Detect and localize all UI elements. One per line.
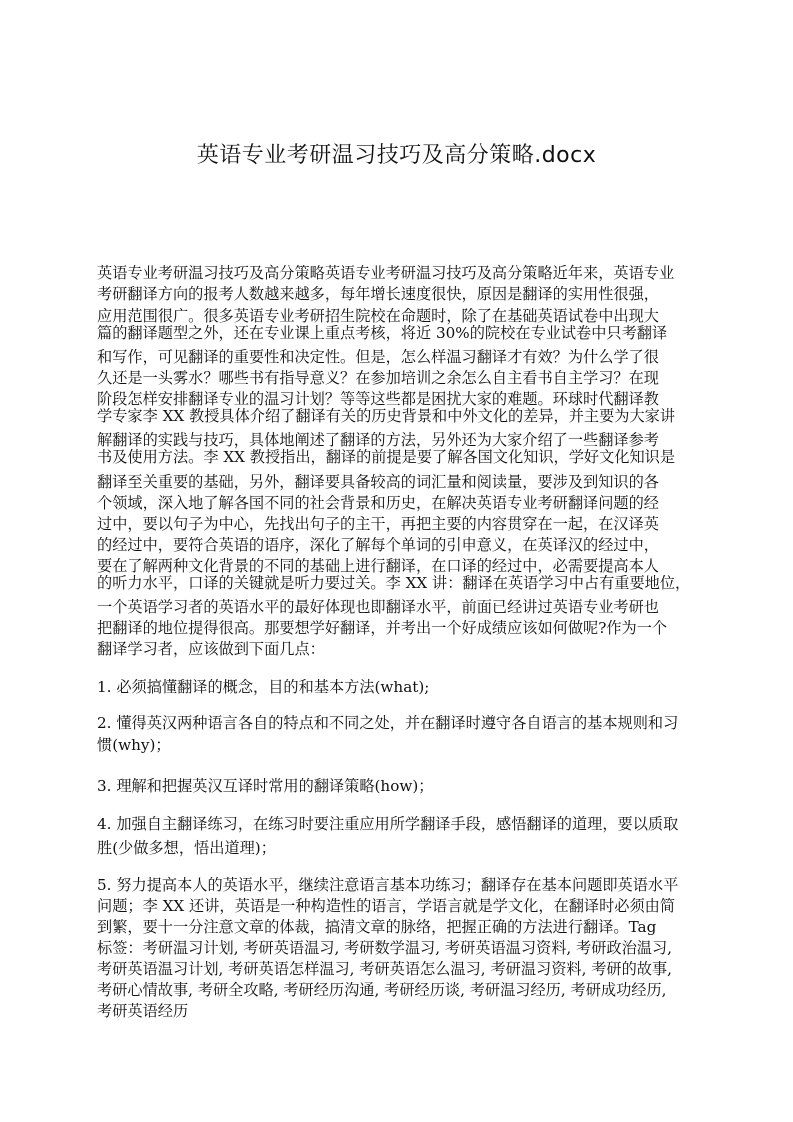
text-line: 3. 理解和把握英汉互译时常用的翻译策略(how)； <box>97 775 433 797</box>
text-line: 问题；李 XX 还讲，英语是一种构造性的语言，学语言就是学文化，在翻译时必须由简 <box>97 895 675 917</box>
text-line: 5. 努力提高本人的英语水平，继续注意语言基本功练习；翻译存在基本问题即英语水平 <box>97 874 678 896</box>
text-line: 过中，要以句子为中心，先找出句子的主干，再把主要的内容贯穿在一起，在汉译英 <box>97 513 659 535</box>
text-line: 到繁，要十一分注意文章的体裁，搞清文章的脉络，把握正确的方法进行翻译。Tag <box>97 916 656 938</box>
text-line: 惯(why)； <box>97 734 171 756</box>
tags-line: 考研英语温习计划, 考研英语怎样温习, 考研英语怎么温习, 考研温习资料, 考研… <box>97 958 672 980</box>
point-3: 3. 理解和把握英汉互译时常用的翻译策略(how)； <box>97 775 709 797</box>
text-line: 把翻译的地位提得很高。那要想学好翻译，并考出一个好成绩应该如何做呢?作为一个 <box>97 617 667 639</box>
document-page: 英语专业考研温习技巧及高分策略.docx 英语专业考研温习技巧及高分策略英语专业… <box>0 0 793 1122</box>
text-line: 书及使用方法。李 XX 教授指出，翻译的前提是要了解各国文化知识，学好文化知识是 <box>97 446 675 468</box>
text-line: 1. 必须搞懂翻译的概念，目的和基本方法(what); <box>97 676 429 698</box>
point-5: 5. 努力提高本人的英语水平，继续注意语言基本功练习；翻译存在基本问题即英语水平… <box>97 874 709 1024</box>
tags-line: 考研心情故事, 考研全攻略, 考研经历沟通, 考研经历谈, 考研温习经历, 考研… <box>97 979 666 1001</box>
text-line: 翻译学习者，应该做到下面几点： <box>97 638 325 660</box>
point-1: 1. 必须搞懂翻译的概念，目的和基本方法(what); <box>97 676 709 698</box>
text-line: 学专家李 XX 教授具体介绍了翻译有关的历史背景和中外文化的差异，并主要为大家讲 <box>97 405 675 427</box>
text-line: 胜(少做多想，悟出道理)； <box>97 837 276 859</box>
text-line: 的听力水平，口译的关键就是听力要过关。李 XX 讲：翻译在英语学习中占有重要地位… <box>97 572 690 594</box>
tags-line: 考研英语经历 <box>97 1000 188 1022</box>
text-line: 个领域，深入地了解各国不同的社会背景和历史，在解决英语专业考研翻译问题的经 <box>97 492 659 514</box>
text-line: 英语专业考研温习技巧及高分策略英语专业考研温习技巧及高分策略近年来，英语专业 <box>97 262 674 284</box>
text-line: 2. 懂得英汉两种语言各自的特点和不同之处，并在翻译时遵守各自语言的基本规则和习 <box>97 712 678 734</box>
point-4: 4. 加强自主翻译练习，在练习时要注重应用所学翻译手段，感悟翻译的道理，要以质取… <box>97 813 709 857</box>
intro-paragraph: 英语专业考研温习技巧及高分策略英语专业考研温习技巧及高分策略近年来，英语专业 考… <box>97 262 709 662</box>
text-line: 篇的翻译题型之外，还在专业课上重点考核，将近 30%的院校在专业试卷中只考翻译 <box>97 322 667 344</box>
point-2: 2. 懂得英汉两种语言各自的特点和不同之处，并在翻译时遵守各自语言的基本规则和习… <box>97 712 709 756</box>
text-line: 一个英语学习者的英语水平的最好体现也即翻译水平，前面已经讲过英语专业考研也 <box>97 596 659 618</box>
text-line: 考研翻译方向的报考人数越来越多，每年增长速度很快，原因是翻译的实用性很强， <box>97 283 659 305</box>
document-title: 英语专业考研温习技巧及高分策略.docx <box>0 138 793 169</box>
text-line: 的经过中，要符合英语的语序，深化了解每个单词的引申意义，在英译汉的经过中， <box>97 534 659 556</box>
text-line: 翻译至关重要的基础，另外，翻译要具备较高的词汇量和阅读量，要涉及到知识的各 <box>97 471 659 493</box>
text-line: 久还是一头雾水？哪些书有指导意义？在参加培训之余怎么自主看书自主学习？在现 <box>97 367 659 389</box>
tags-line: 标签：考研温习计划, 考研英语温习, 考研数学温习, 考研英语温习资料, 考研政… <box>97 937 672 959</box>
text-line: 4. 加强自主翻译练习，在练习时要注重应用所学翻译手段，感悟翻译的道理，要以质取 <box>97 813 678 835</box>
text-line: 和写作，可见翻译的重要性和决定性。但是，怎么样温习翻译才有效？为什么学了很 <box>97 346 659 368</box>
